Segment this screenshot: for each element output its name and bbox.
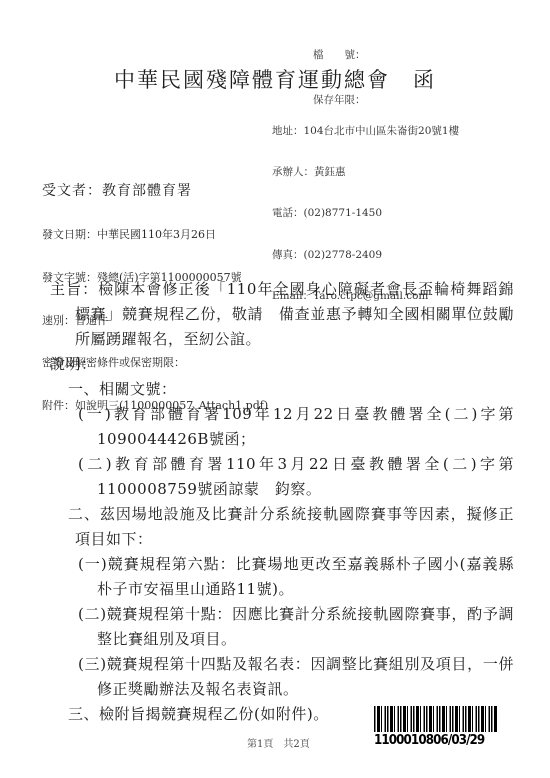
issue-date: 發文日期：中華民國110年3月26日 [42, 228, 268, 242]
contact-fax: 傳真：(02)2778-2409 [272, 249, 459, 263]
list-item: (二)競賽規程第十點：因應比賽計分系統接軌國際賽事，酌予調整比賽組別及項目。 [78, 602, 514, 652]
contact-person: 承辦人：黃鈺惠 [272, 166, 459, 180]
barcode-icon [374, 706, 498, 732]
list-item: (三)競賽規程第十四點及報名表：因調整比賽組別及項目，一併修正獎勵辦法及報名表資… [78, 652, 514, 702]
document-title: 中華民國殘障體育運動總會 函 [0, 64, 550, 94]
document-page: 檔 號： 保存年限： 中華民國殘障體育運動總會 函 地址：104台北市中山區朱崙… [0, 0, 550, 778]
document-body: 主旨：檢陳本會修正後「110年全國身心障礙者會長盃輪椅舞蹈錦標賽」競賽規程乙份，… [50, 277, 514, 727]
contact-phone: 電話：(02)8771-1450 [272, 207, 459, 221]
description-label: 說明： [50, 352, 514, 377]
list-item: (一)教育部體育署109年12月22日臺教體署全(二)字第1090044426B… [78, 402, 514, 452]
page-number-info: 第1頁 共2頁 [247, 735, 310, 750]
recipient-line: 受文者：教育部體育署 [42, 180, 192, 200]
subject-paragraph: 主旨：檢陳本會修正後「110年全國身心障礙者會長盃輪椅舞蹈錦標賽」競賽規程乙份，… [50, 277, 514, 352]
list-item: 一、相關文號： [68, 377, 514, 402]
barcode-number: 1100010806/03/29 [374, 732, 485, 748]
sender-address: 地址：104台北市中山區朱崙街20號1樓 [272, 125, 459, 139]
list-item: (二)教育部體育署110年3月22日臺教體署全(二)字第1100008759號函… [78, 452, 514, 502]
list-item: 二、茲因場地設施及比賽計分系統接軌國際賽事等因素，擬修正項目如下： [68, 502, 514, 552]
barcode-block: 1100010806/03/29 [374, 706, 500, 748]
file-number-label: 檔 號： [313, 48, 366, 63]
list-item: (一)競賽規程第六點：比賽場地更改至嘉義縣朴子國小(嘉義縣朴子市安福里山通路11… [78, 552, 514, 602]
